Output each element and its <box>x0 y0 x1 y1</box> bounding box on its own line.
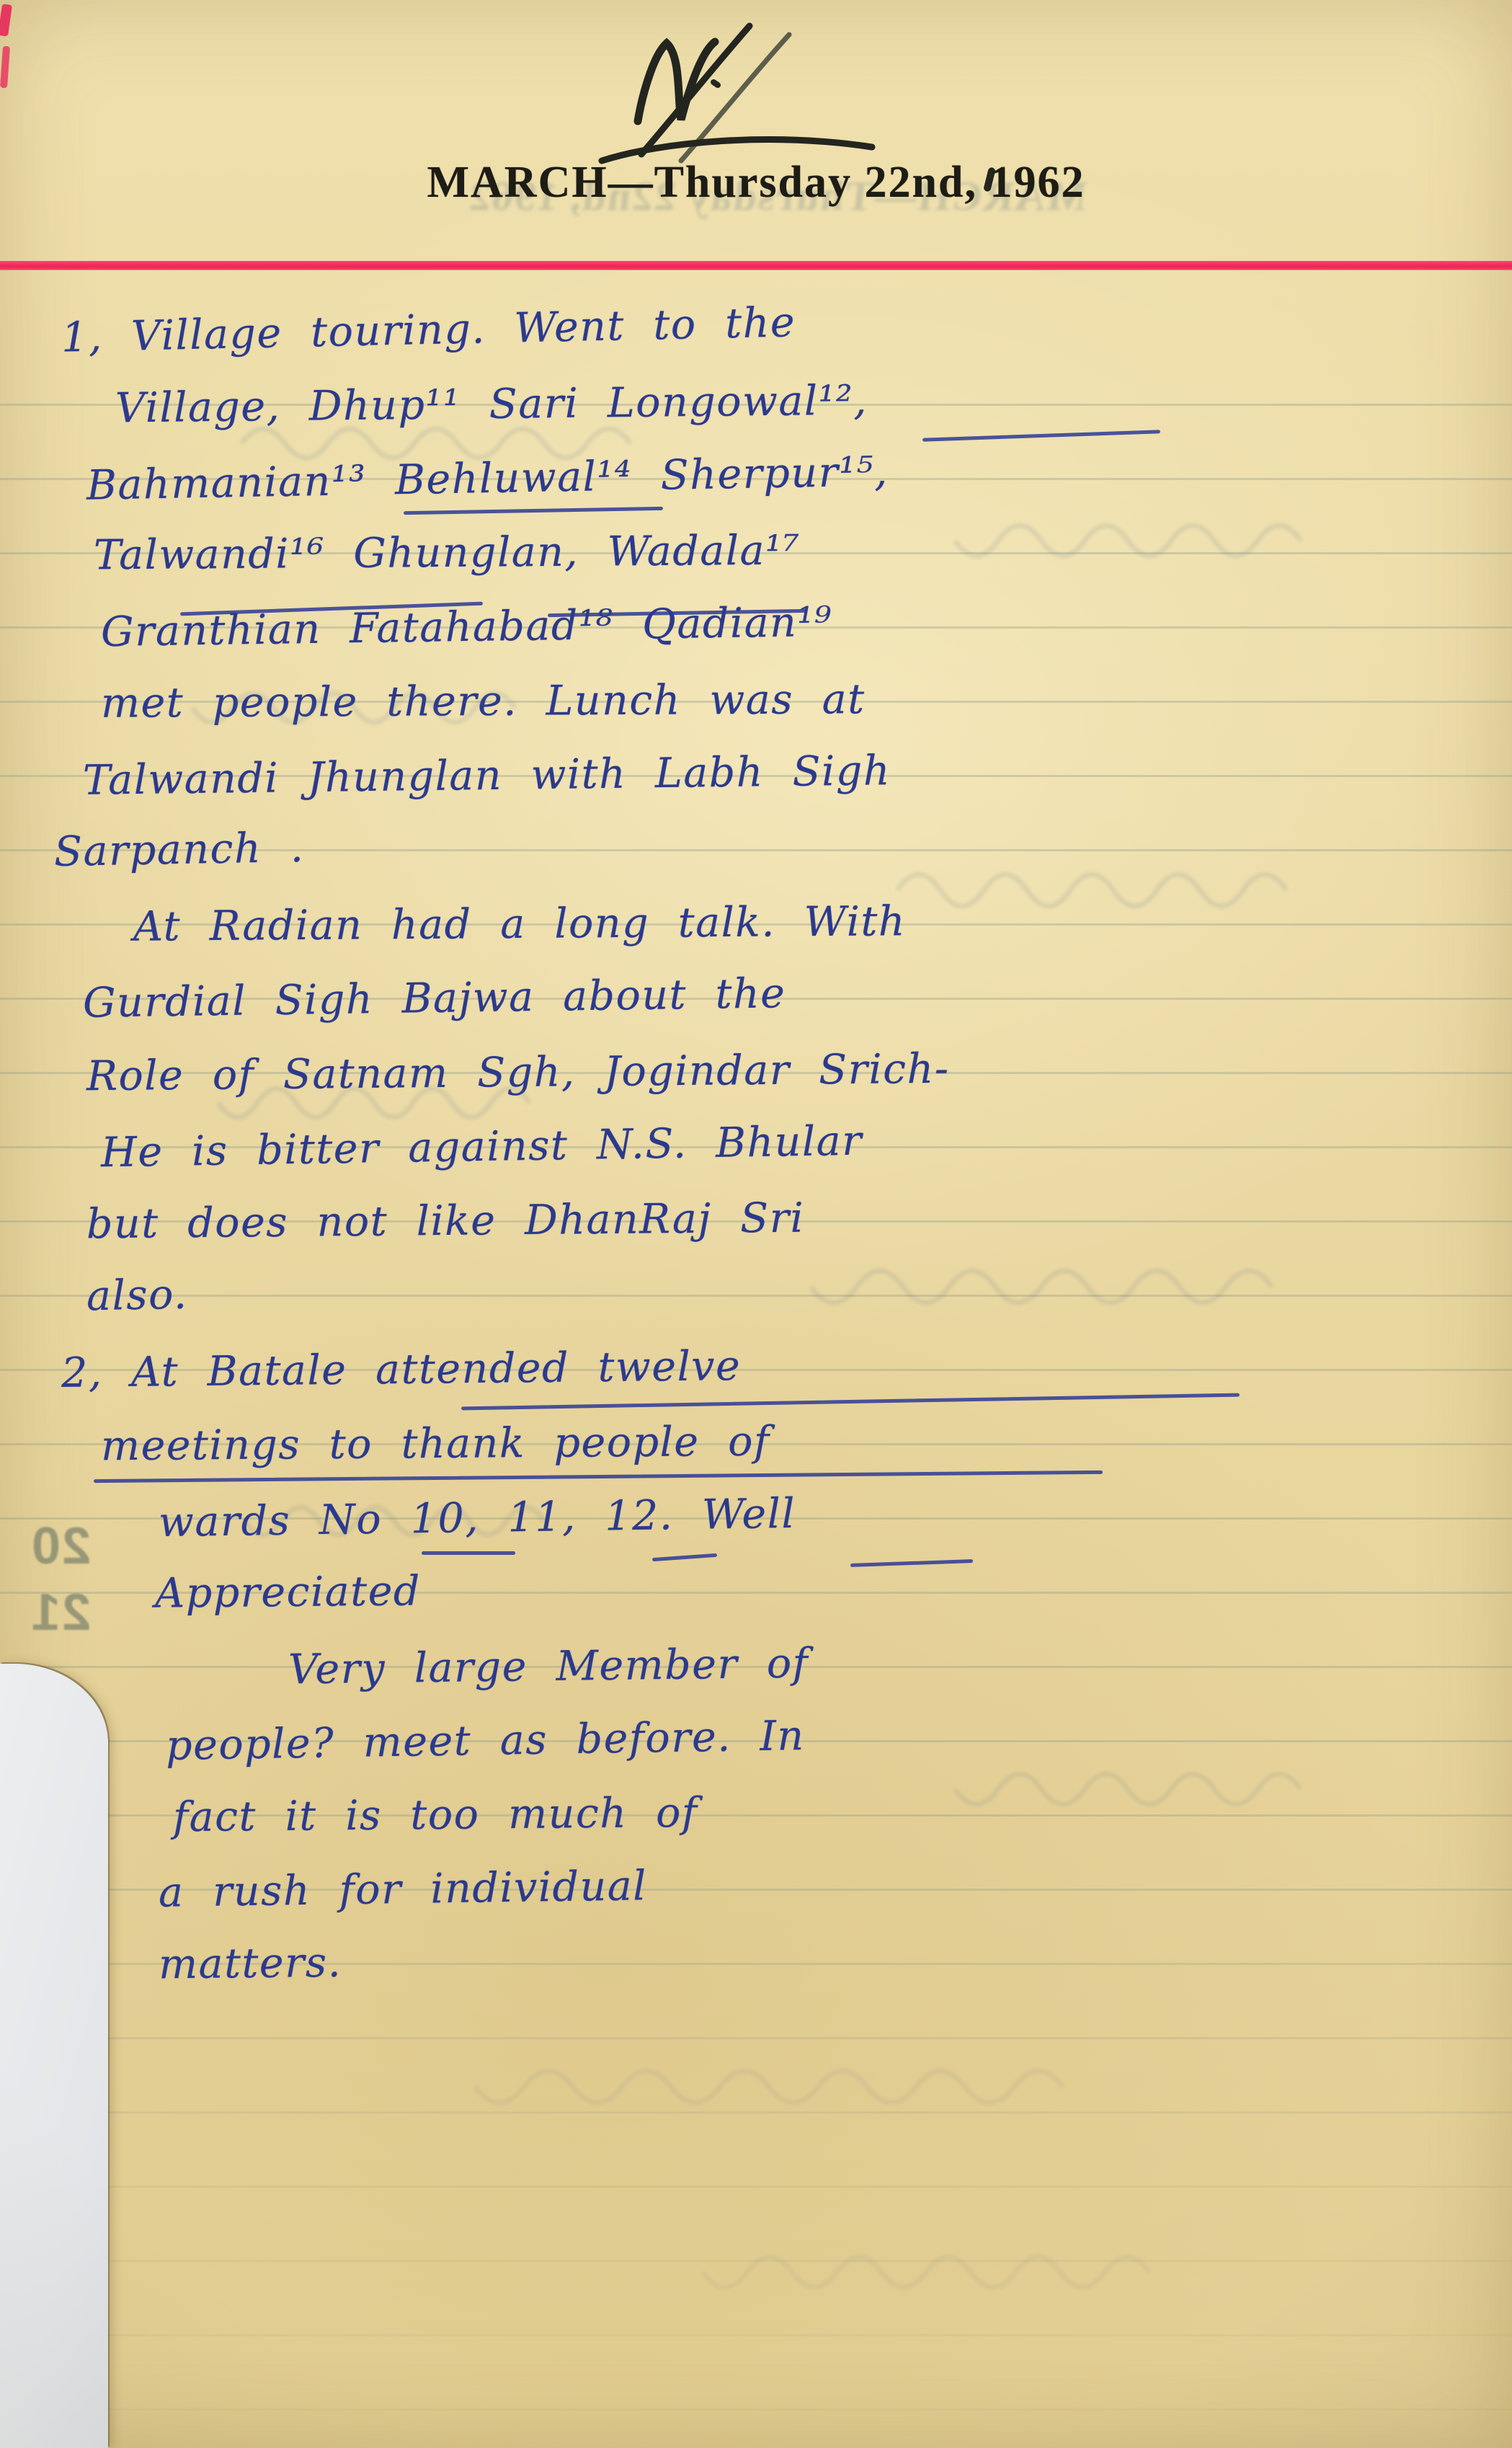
handwriting-line: Talwandi¹⁶ Ghunglan, Wadala¹⁷ <box>94 527 801 580</box>
ink-scribble-signature <box>533 13 937 179</box>
red-edge-mark <box>0 46 10 89</box>
handwriting-line: fact it is too much of <box>173 1789 698 1841</box>
bleed-through-scribble <box>901 1752 1304 1817</box>
bleed-through-scribble <box>216 1485 548 1550</box>
bleed-through-scribble <box>901 505 1304 569</box>
handwriting-line: At Radian had a long talk. With <box>133 897 906 950</box>
underlying-white-page <box>0 1664 108 2448</box>
bleed-through-scribble <box>447 2047 1067 2112</box>
handwriting-line: but does not like DhanRaj Sri <box>86 1194 805 1249</box>
handwriting-line: people? meet as before. In <box>166 1712 806 1770</box>
bleed-through-scribble <box>757 1247 1276 1312</box>
diary-page: MARCH—Thursday 22nd, 1962 MARCH—Thursday… <box>0 0 1512 2448</box>
handwriting-line: 2, At Batale attended twelve <box>61 1342 742 1397</box>
handwriting-line: also. <box>86 1271 188 1321</box>
bleed-through-scribble <box>144 670 519 735</box>
handwriting-line: Gurdial Sigh Bajwa about the <box>83 970 786 1027</box>
handwriting-line: Sarpanch . <box>53 824 304 876</box>
handwriting-line: a rush for individual <box>159 1862 648 1916</box>
bleed-through-scribble <box>173 1067 533 1132</box>
bleed-through-scribble <box>187 404 634 469</box>
handwriting-line: Talwandi Jhunglan with Labh Sigh <box>83 747 891 804</box>
handwriting-line: Very large Member of <box>288 1640 809 1694</box>
bleed-through-scribble <box>649 2235 1153 2300</box>
bleed-through-page-number: 21 <box>30 1583 91 1642</box>
handwriting-line: matters. <box>159 1939 342 1989</box>
bleed-through-page-number: 20 <box>30 1517 91 1576</box>
handwriting-line: Appreciated <box>155 1567 421 1617</box>
bleed-through-scribble <box>829 851 1290 915</box>
handwriting-line: meetings to thank people of <box>101 1418 770 1470</box>
ink-underline <box>422 1551 515 1555</box>
header-divider-rule <box>0 261 1512 270</box>
red-edge-mark <box>0 4 12 37</box>
